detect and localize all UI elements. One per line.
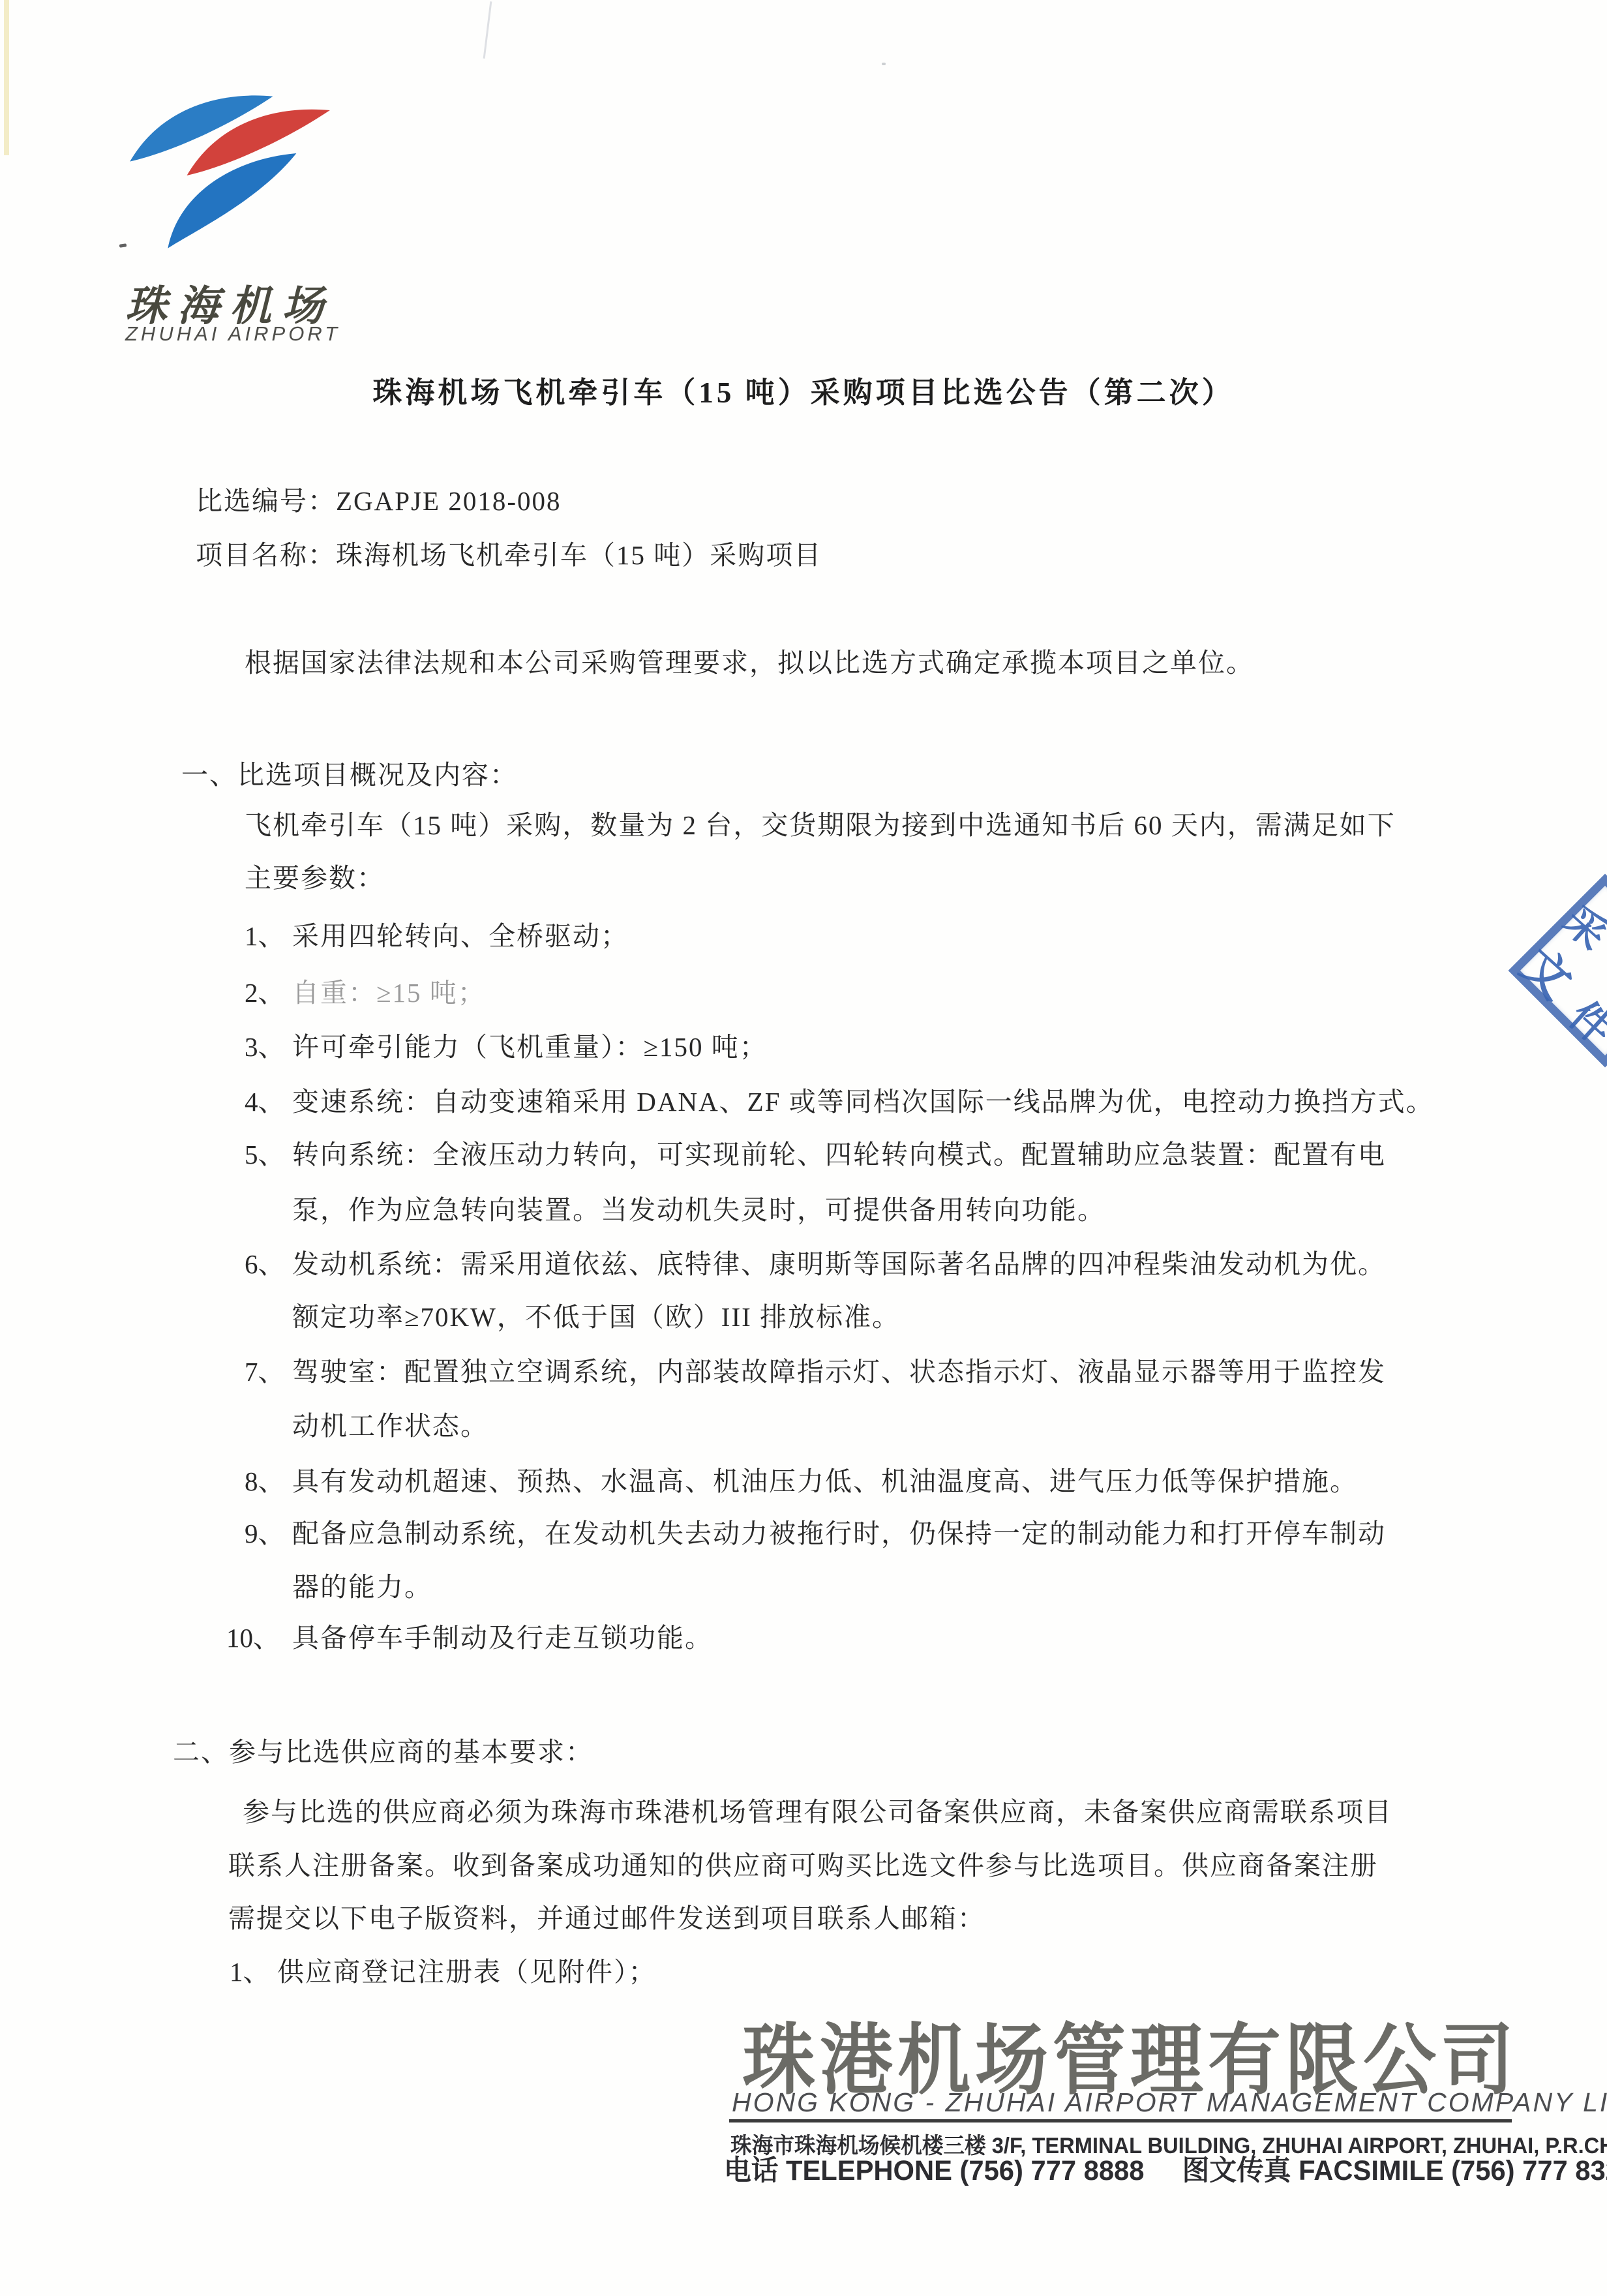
project-name-label: 项目名称：: [196, 540, 336, 570]
scan-speck: [882, 63, 886, 65]
item-number: 2、: [245, 971, 285, 1010]
item-number: 1、: [245, 914, 285, 953]
scan-edge-artifact: [4, 0, 9, 155]
zhuhai-airport-logo-icon: [121, 90, 339, 261]
item-text: 转向系统：全液压动力转向，可实现前轮、四轮转向模式。配置辅助应急装置：配置有电: [292, 1133, 1386, 1171]
document-title: 珠海机场飞机牵引车（15 吨）采购项目比选公告（第二次）: [0, 369, 1607, 411]
notice-number-line: 比选编号：ZGAPJE 2018-008: [196, 479, 561, 518]
item-text: 采用四轮转向、全桥驱动；: [292, 914, 629, 953]
item-number: 9、: [245, 1512, 285, 1550]
item-text: 动机工作状态。: [292, 1404, 488, 1443]
item-number: 8、: [245, 1460, 285, 1498]
item-text: 供应商登记注册表（见附件）；: [277, 1950, 657, 1989]
item-number: 5、: [245, 1133, 285, 1171]
project-name-line: 项目名称：珠海机场飞机牵引车（15 吨）采购项目: [196, 534, 822, 572]
scan-scratch-artifact: [483, 1, 492, 59]
section2-heading: 二、参与比选供应商的基本要求：: [173, 1730, 593, 1769]
item-text: 具备停车手制动及行走互锁功能。: [292, 1616, 713, 1655]
intro-paragraph: 根据国家法律法规和本公司采购管理要求，拟以比选方式确定承揽本项目之单位。: [245, 641, 1254, 680]
section2-paragraph-line: 需提交以下电子版资料，并通过邮件发送到项目联系人邮箱：: [228, 1897, 985, 1935]
item-text: 额定功率≥70KW，不低于国（欧）III 排放标准。: [292, 1295, 900, 1334]
item-number: 6、: [245, 1243, 285, 1281]
item-text: 发动机系统：需采用道依兹、底特律、康明斯等国际著名品牌的四冲程柴油发动机为优。: [292, 1243, 1386, 1281]
item-text: 自重：≥15 吨；: [292, 971, 486, 1010]
item-text: 变速系统：自动变速箱采用 DANA、ZF 或等同档次国际一线品牌为优，电控动力换…: [292, 1080, 1434, 1119]
notice-number-value: ZGAPJE 2018-008: [336, 486, 561, 516]
notice-number-label: 比选编号：: [196, 486, 336, 516]
project-name-value: 珠海机场飞机牵引车（15 吨）采购项目: [336, 540, 822, 570]
section1-lead-line: 主要参数：: [245, 856, 385, 895]
footer-contact-line: 电话 TELEPHONE (756) 777 8888图文传真 FACSIMIL…: [724, 2149, 1607, 2188]
section1-lead-line: 飞机牵引车（15 吨）采购，数量为 2 台，交货期限为接到中选通知书后 60 天…: [245, 804, 1396, 842]
item-number: 4、: [245, 1080, 285, 1119]
item-number: 10、: [226, 1616, 280, 1655]
item-text: 驾驶室：配置独立空调系统，内部装故障指示灯、状态指示灯、液晶显示器等用于监控发: [292, 1350, 1386, 1389]
footer-facsimile: 图文传真 FACSIMILE (756) 777 8325: [1182, 2155, 1607, 2186]
item-number: 3、: [245, 1025, 285, 1064]
scanned-document-page: 珠海机场 ZHUHAI AIRPORT 珠海机场飞机牵引车（15 吨）采购项目比…: [0, 0, 1607, 2296]
section2-paragraph-line: 参与比选的供应商必须为珠海市珠港机场管理有限公司备案供应商，未备案供应商需联系项…: [243, 1790, 1392, 1829]
section2-paragraph-line: 联系人注册备案。收到备案成功通知的供应商可购买比选文件参与比选项目。供应商备案注…: [228, 1844, 1378, 1882]
item-text: 器的能力。: [292, 1565, 432, 1604]
item-text: 许可牵引能力（飞机重量）：≥150 吨；: [292, 1025, 768, 1064]
item-number: 7、: [245, 1350, 285, 1389]
logo-wordmark-en: ZHUHAI AIRPORT: [125, 322, 340, 346]
footer-company-name-en: HONG KONG - ZHUHAI AIRPORT MANAGEMENT CO…: [732, 2087, 1607, 2118]
footer-telephone: 电话 TELEPHONE (756) 777 8888: [724, 2155, 1144, 2186]
item-text: 泵，作为应急转向装置。当发动机失灵时，可提供备用转向功能。: [292, 1188, 1105, 1227]
item-number: 1、: [230, 1950, 270, 1989]
item-text: 具有发动机超速、预热、水温高、机油压力低、机油温度高、进气压力低等保护措施。: [292, 1460, 1358, 1498]
section1-heading: 一、比选项目概况及内容：: [181, 753, 518, 792]
footer-divider: [729, 2119, 1512, 2122]
item-text: 配备应急制动系统，在发动机失去动力被拖行时，仍保持一定的制动能力和打开停车制动: [292, 1512, 1386, 1550]
